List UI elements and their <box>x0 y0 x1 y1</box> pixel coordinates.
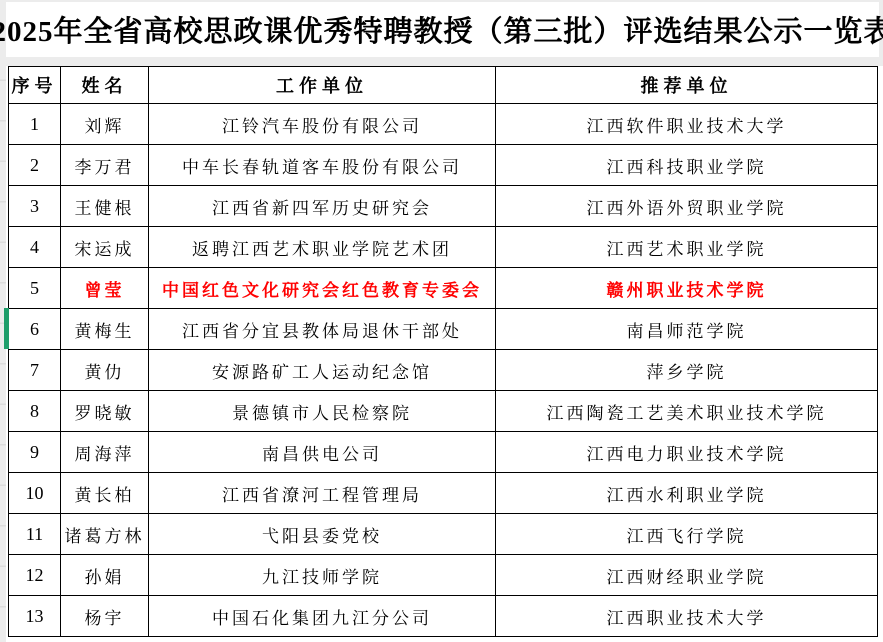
title-table-gap <box>0 57 883 66</box>
cell-recommend-unit: 赣州职业技术学院 <box>496 268 878 309</box>
cell-name: 诸葛方林 <box>61 514 149 555</box>
cell-index: 11 <box>9 514 61 555</box>
table-body: 1刘辉江铃汽车股份有限公司江西软件职业技术大学2李万君中车长春轨道客车股份有限公… <box>9 104 878 637</box>
cell-work-unit: 南昌供电公司 <box>149 432 496 473</box>
table-row: 10黄长柏江西省潦河工程管理局江西水利职业学院 <box>9 473 878 514</box>
cell-name: 孙娟 <box>61 555 149 596</box>
cell-recommend-unit: 江西财经职业学院 <box>496 555 878 596</box>
cell-index: 10 <box>9 473 61 514</box>
cell-work-unit: 中国红色文化研究会红色教育专委会 <box>149 268 496 309</box>
table-row: 5曾莹中国红色文化研究会红色教育专委会赣州职业技术学院 <box>9 268 878 309</box>
cell-index: 12 <box>9 555 61 596</box>
cell-index: 9 <box>9 432 61 473</box>
cell-recommend-unit: 江西外语外贸职业学院 <box>496 186 878 227</box>
table-row: 2李万君中车长春轨道客车股份有限公司江西科技职业学院 <box>9 145 878 186</box>
cell-recommend-unit: 江西艺术职业学院 <box>496 227 878 268</box>
table-row: 8罗晓敏景德镇市人民检察院江西陶瓷工艺美术职业技术学院 <box>9 391 878 432</box>
document-page: 2025年全省高校思政课优秀特聘教授（第三批）评选结果公示一览表 序号 姓名 工… <box>0 0 883 642</box>
header-recommend-unit: 推荐单位 <box>496 67 878 104</box>
cell-recommend-unit: 江西陶瓷工艺美术职业技术学院 <box>496 391 878 432</box>
cell-recommend-unit: 江西水利职业学院 <box>496 473 878 514</box>
cell-index: 4 <box>9 227 61 268</box>
cell-work-unit: 江西省新四军历史研究会 <box>149 186 496 227</box>
table-row: 7黄仂安源路矿工人运动纪念馆萍乡学院 <box>9 350 878 391</box>
page-title: 2025年全省高校思政课优秀特聘教授（第三批）评选结果公示一览表 <box>0 9 883 50</box>
cell-work-unit: 安源路矿工人运动纪念馆 <box>149 350 496 391</box>
cell-work-unit: 江西省分宜县教体局退休干部处 <box>149 309 496 350</box>
cell-name: 刘辉 <box>61 104 149 145</box>
cell-name: 王健根 <box>61 186 149 227</box>
cell-name: 曾莹 <box>61 268 149 309</box>
cell-index: 3 <box>9 186 61 227</box>
cell-index: 1 <box>9 104 61 145</box>
table-row: 1刘辉江铃汽车股份有限公司江西软件职业技术大学 <box>9 104 878 145</box>
title-bar: 2025年全省高校思政课优秀特聘教授（第三批）评选结果公示一览表 <box>6 2 879 57</box>
cell-name: 周海萍 <box>61 432 149 473</box>
header-name: 姓名 <box>61 67 149 104</box>
cell-work-unit: 中国石化集团九江分公司 <box>149 596 496 637</box>
cell-recommend-unit: 江西电力职业技术学院 <box>496 432 878 473</box>
cell-name: 黄长柏 <box>61 473 149 514</box>
cell-name: 黄梅生 <box>61 309 149 350</box>
cell-name: 李万君 <box>61 145 149 186</box>
table-row: 4宋运成返聘江西艺术职业学院艺术团江西艺术职业学院 <box>9 227 878 268</box>
table-row: 3王健根江西省新四军历史研究会江西外语外贸职业学院 <box>9 186 878 227</box>
cell-recommend-unit: 萍乡学院 <box>496 350 878 391</box>
cell-work-unit: 中车长春轨道客车股份有限公司 <box>149 145 496 186</box>
table-row: 6黄梅生江西省分宜县教体局退休干部处南昌师范学院 <box>9 309 878 350</box>
cell-index: 2 <box>9 145 61 186</box>
table-header-row: 序号 姓名 工作单位 推荐单位 <box>9 67 878 104</box>
cell-work-unit: 江铃汽车股份有限公司 <box>149 104 496 145</box>
cell-index: 7 <box>9 350 61 391</box>
cell-name: 宋运成 <box>61 227 149 268</box>
cell-recommend-unit: 江西职业技术大学 <box>496 596 878 637</box>
cell-recommend-unit: 南昌师范学院 <box>496 309 878 350</box>
cell-name: 黄仂 <box>61 350 149 391</box>
cell-name: 杨宇 <box>61 596 149 637</box>
cell-recommend-unit: 江西科技职业学院 <box>496 145 878 186</box>
table-row: 11诸葛方林弋阳县委党校江西飞行学院 <box>9 514 878 555</box>
cell-index: 13 <box>9 596 61 637</box>
table-row: 13杨宇中国石化集团九江分公司江西职业技术大学 <box>9 596 878 637</box>
header-index: 序号 <box>9 67 61 104</box>
results-table: 序号 姓名 工作单位 推荐单位 1刘辉江铃汽车股份有限公司江西软件职业技术大学2… <box>8 66 878 637</box>
cell-recommend-unit: 江西飞行学院 <box>496 514 878 555</box>
cell-name: 罗晓敏 <box>61 391 149 432</box>
cell-index: 5 <box>9 268 61 309</box>
cell-work-unit: 景德镇市人民检察院 <box>149 391 496 432</box>
table-row: 12孙娟九江技师学院江西财经职业学院 <box>9 555 878 596</box>
cell-work-unit: 江西省潦河工程管理局 <box>149 473 496 514</box>
cell-recommend-unit: 江西软件职业技术大学 <box>496 104 878 145</box>
cell-work-unit: 九江技师学院 <box>149 555 496 596</box>
cell-index: 8 <box>9 391 61 432</box>
cell-work-unit: 弋阳县委党校 <box>149 514 496 555</box>
table-row: 9周海萍南昌供电公司江西电力职业技术学院 <box>9 432 878 473</box>
cell-work-unit: 返聘江西艺术职业学院艺术团 <box>149 227 496 268</box>
header-work-unit: 工作单位 <box>149 67 496 104</box>
active-row-marker <box>4 308 9 349</box>
cell-index: 6 <box>9 309 61 350</box>
